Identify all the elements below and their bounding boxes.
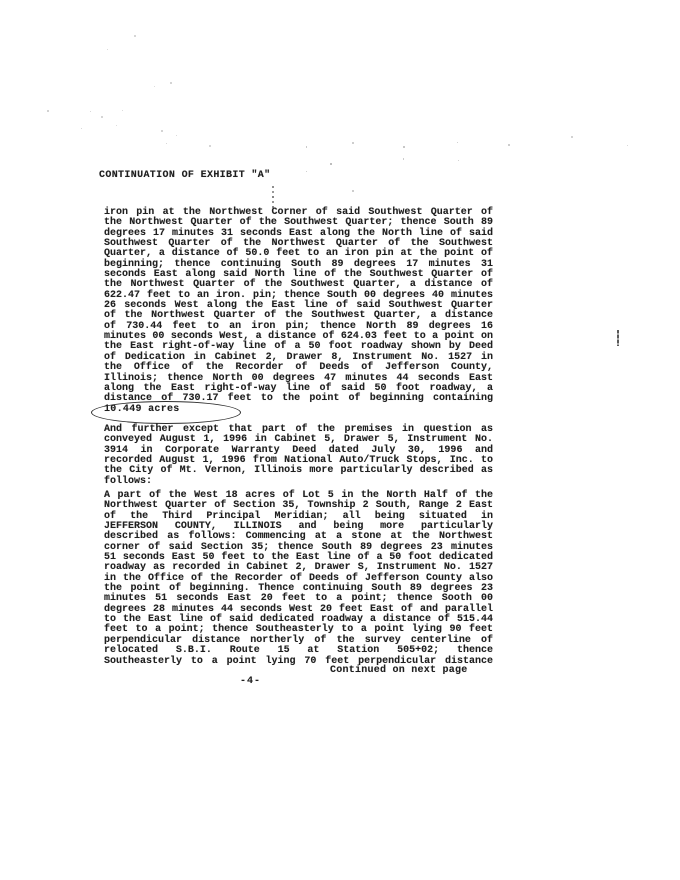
scan-artifact-vertical-dash xyxy=(617,330,619,346)
scan-speck xyxy=(209,145,211,147)
text-line: the Office of the Recorder of Deeds of J… xyxy=(104,363,493,373)
scan-speck xyxy=(47,110,49,112)
scan-speck xyxy=(166,143,167,144)
scan-speck xyxy=(176,135,177,136)
scan-speck xyxy=(306,171,307,172)
scan-speck xyxy=(627,145,628,146)
scan-speck xyxy=(403,158,404,160)
scan-speck xyxy=(101,116,103,118)
scan-speck xyxy=(116,125,117,126)
page-number: -4- xyxy=(240,676,261,687)
scan-artifact-dotted-column xyxy=(272,186,274,188)
scan-speck xyxy=(508,144,510,146)
scan-speck xyxy=(352,142,354,144)
scan-speck xyxy=(403,146,405,148)
exhibit-heading: CONTINUATION OF EXHIBIT "A" xyxy=(99,170,270,181)
continued-note: Continued on next page xyxy=(330,665,468,676)
scan-speck xyxy=(170,82,172,84)
scan-speck xyxy=(330,163,332,165)
scan-speck xyxy=(122,110,123,111)
scan-speck xyxy=(154,86,155,87)
scan-speck xyxy=(306,146,307,148)
legal-description-paragraph-1: iron pin at the Northwest Corner of said… xyxy=(104,208,493,405)
scan-speck xyxy=(458,160,459,161)
legal-description-paragraph-2: A part of the West 18 acres of Lot 5 in … xyxy=(104,491,493,667)
text-line-last: follows: xyxy=(104,477,493,487)
document-page: CONTINUATION OF EXHIBIT "A" iron pin at … xyxy=(0,0,680,880)
scan-speck xyxy=(81,128,82,129)
scan-speck xyxy=(134,35,136,37)
scan-speck xyxy=(352,190,354,192)
text-line: relocated S.B.I. Route 15 at Station 505… xyxy=(104,646,493,656)
exception-clause-paragraph: And further except that part of the prem… xyxy=(104,425,493,487)
scan-speck xyxy=(90,111,91,112)
scan-speck xyxy=(571,136,573,138)
scan-speck xyxy=(107,49,108,50)
scan-speck xyxy=(161,130,163,132)
text-line: the City of Mt. Vernon, Illinois more pa… xyxy=(104,466,493,476)
hand-drawn-circle-annotation xyxy=(91,401,241,424)
scan-speck xyxy=(457,142,458,143)
